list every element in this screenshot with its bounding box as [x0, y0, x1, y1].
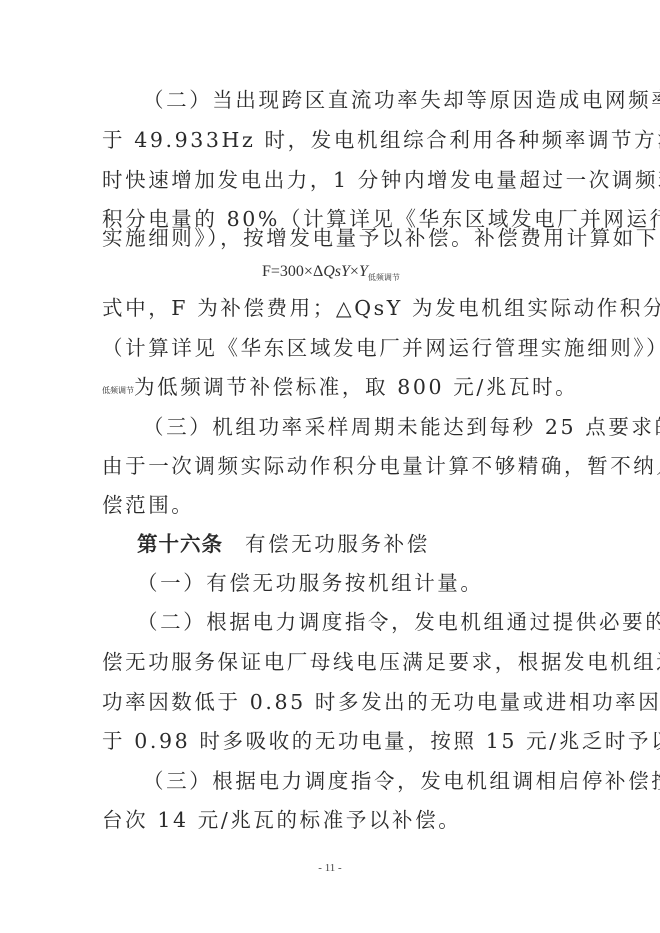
article-16-item-2-line-1: （二）根据电力调度指令，发电机组通过提供必要的有 — [137, 608, 568, 636]
formula-explanation-text: 为低频调节补偿标准，取 800 元/兆瓦时。 — [134, 375, 578, 399]
article-title: 有偿无功服务补偿 — [245, 532, 430, 556]
article-16-item-3-line-1: （三）根据电力调度指令，发电机组调相启停补偿按每 — [143, 767, 568, 795]
compensation-formula: F=300×ΔQsY×Y低频调节 — [262, 261, 400, 289]
formula-explanation-line-1: 式中，F 为补偿费用；△QsY 为发电机组实际动作积分电量 — [102, 294, 568, 322]
paragraph-2-line-3: 时快速增加发电出力，1 分钟内增发电量超过一次调频理论 — [102, 166, 568, 194]
article-16-item-3-line-2: 台次 14 元/兆瓦的标准予以补偿。 — [102, 806, 568, 834]
y-subscript: 低频调节 — [102, 386, 134, 395]
formula-y: Y — [359, 263, 368, 280]
formula-explanation-line-2: （计算详见《华东区域发电厂并网运行管理实施细则》）;Y — [102, 334, 568, 362]
page-number: - 11 - — [0, 862, 660, 874]
paragraph-2-line-5: 实施细则》），按增发电量予以补偿。补偿费用计算如下: — [102, 224, 568, 252]
paragraph-3-line-1: （三）机组功率采样周期未能达到每秒 25 点要求的， — [143, 413, 568, 441]
paragraph-3-line-2: 由于一次调频实际动作积分电量计算不够精确，暂不纳入补 — [102, 452, 568, 480]
article-16-item-2-line-4: 于 0.98 时多吸收的无功电量，按照 15 元/兆乏时予以补偿. — [102, 727, 568, 755]
formula-qsy: QsY — [323, 263, 350, 280]
formula-prefix: F=300×Δ — [262, 263, 323, 280]
article-16-item-2-line-3: 功率因数低于 0.85 时多发出的无功电量或进相功率因数低 — [102, 688, 568, 716]
formula-times: × — [350, 263, 359, 280]
paragraph-2-line-2: 于 49.933Hz 时，发电机组综合利用各种频率调节方法，短 — [102, 126, 568, 154]
article-16-item-2-line-2: 偿无功服务保证电厂母线电压满足要求，根据发电机组迟相 — [102, 648, 568, 676]
document-page: （二）当出现跨区直流功率失却等原因造成电网频率低 于 49.933Hz 时，发电… — [0, 0, 660, 933]
article-16-heading: 第十六条有偿无功服务补偿 — [137, 530, 562, 558]
article-number: 第十六条 — [137, 532, 223, 556]
formula-explanation-line-3: 低频调节为低频调节补偿标准，取 800 元/兆瓦时。 — [102, 373, 568, 405]
paragraph-3-line-3: 偿范围。 — [102, 491, 568, 519]
article-16-item-1: （一）有偿无功服务按机组计量。 — [137, 569, 562, 597]
paragraph-2-line-1: （二）当出现跨区直流功率失却等原因造成电网频率低 — [143, 86, 568, 114]
formula-subscript: 低频调节 — [368, 273, 400, 282]
